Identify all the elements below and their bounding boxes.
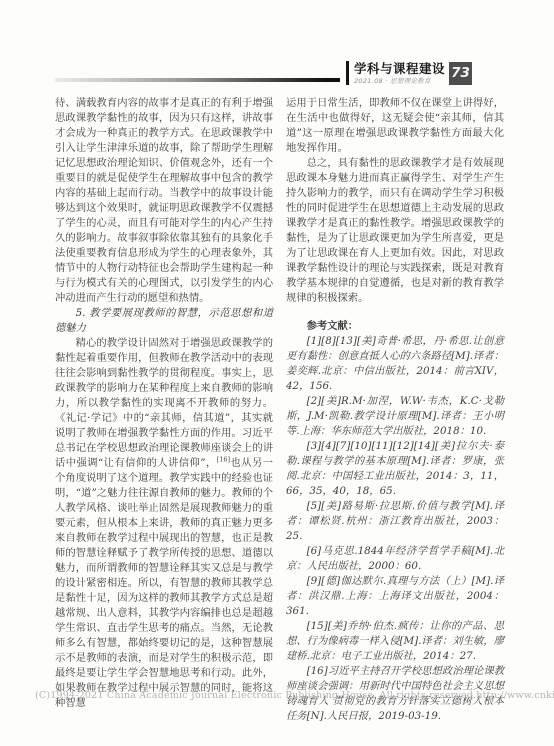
section-5-heading: 5. 教学要展现教师的智慧，示范思想和道德魅力	[55, 306, 273, 336]
reference-item: [3][4][7][10][11][12][14][美]拉尔夫·泰勒.课程与教学…	[286, 439, 504, 499]
header-titles: 学科与课程建设 2021.08 · 思想理论教育	[354, 60, 445, 86]
header-vertical-bar	[346, 61, 349, 85]
issue-info: 2021.08 · 思想理论教育	[354, 77, 445, 85]
paragraph-daily-life-continuation: 运用于日常生活，即教师不仅在课堂上讲得好，在生活中也做得好，这无疑会使“亲其师，…	[286, 96, 504, 156]
copyright-text: (C)1994-2021 China Academic Journal Elec…	[35, 690, 476, 701]
paragraph-story-continuation: 待、满载教育内容的故事才是真正的有利于增强思政课教学黏性的故事，因为只有这样，讲…	[55, 96, 273, 306]
header-rule-bar	[55, 78, 340, 82]
paragraph-conclusion: 总之，具有黏性的思政课教学才是有效展现思政课本身魅力进而真正赢得学生、对学生产生…	[286, 156, 504, 306]
article-body: 待、满载教育内容的故事才是真正的有利于增强思政课教学黏性的故事，因为只有这样，讲…	[55, 96, 504, 724]
page-number: 73	[451, 65, 470, 81]
page-number-badge: 73	[449, 62, 472, 85]
paragraph-text: 精心的教学设计固然对于增强思政课教学的黏性起着重要作用，但教师在教学活动中的表现…	[55, 337, 273, 469]
references-heading: 参考文献：	[286, 319, 504, 334]
cnki-url: http://www.cnki.net	[476, 690, 554, 701]
section-title: 学科与课程建设	[354, 62, 445, 75]
reference-item: [1][8][13][美]奇普·希思，丹·希思.让创意更有黏性：创意直抵人心的六…	[286, 334, 504, 394]
reference-item: [9][德]伽达默尔.真理与方法（上）[M].译者：洪汉鼎.上海：上海译文出版社…	[286, 574, 504, 619]
page-footer: (C)1994-2021 China Academic Journal Elec…	[35, 690, 521, 701]
reference-item: [5][美]路易斯·拉思斯.价值与教学[M].译者：谭松贤.杭州：浙江教育出版社…	[286, 499, 504, 544]
paragraph-teacher-wisdom: 精心的教学设计固然对于增强思政课教学的黏性起着重要作用，但教师在教学活动中的表现…	[55, 336, 273, 711]
left-column: 待、满载教育内容的故事才是真正的有利于增强思政课教学黏性的故事，因为只有这样，讲…	[55, 96, 273, 724]
reference-item: [2][美]R.M·加涅，W.W·韦杰，K.C·戈勒斯，J.M·凯勒.教学设计原…	[286, 394, 504, 439]
right-column: 运用于日常生活，即教师不仅在课堂上讲得好，在生活中也做得好，这无疑会使“亲其师，…	[286, 96, 504, 724]
citation-marker: [16]	[217, 456, 230, 464]
page-header: 学科与课程建设 2021.08 · 思想理论教育 73	[55, 60, 472, 86]
references-list: [1][8][13][美]奇普·希思，丹·希思.让创意更有黏性：创意直抵人心的六…	[286, 334, 504, 724]
paragraph-text: 也从另一个角度说明了这个道理。教学实践中的经验也证明，“道”之魅力往往源自教师的…	[55, 457, 273, 709]
reference-item: [15][美]乔纳·伯杰.疯传：让你的产品、思想、行为像病毒一样入侵[M].译者…	[286, 619, 504, 664]
reference-item: [6]马克思.1844年经济学哲学手稿[M].北京：人民出版社，2000：60.	[286, 544, 504, 574]
journal-page-scan: 学科与课程建设 2021.08 · 思想理论教育 73 待、满载教育内容的故事才…	[0, 0, 554, 746]
